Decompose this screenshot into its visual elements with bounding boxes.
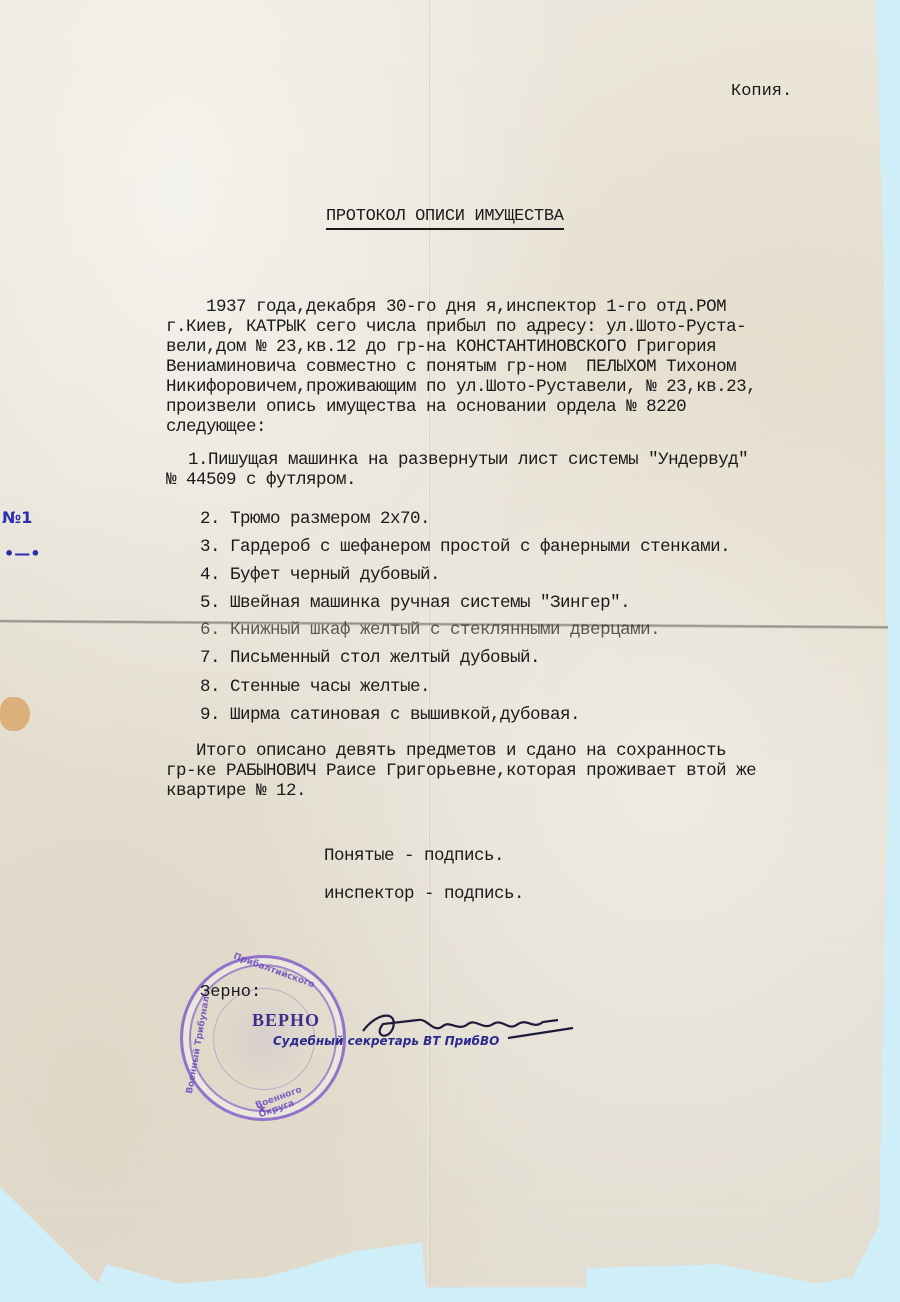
intro-line: произвели опись имущества на основании о…	[166, 397, 686, 417]
vertical-fold-crease	[428, 0, 430, 1290]
intro-line: Вениаминовича совместно с понятым гр-ном…	[166, 357, 736, 377]
handwritten-signature-icon	[358, 1006, 578, 1046]
star-icon: ★	[257, 1102, 267, 1115]
margin-ink-mark: №1	[2, 508, 32, 527]
document-page	[0, 0, 888, 1290]
paper-stain	[0, 697, 30, 731]
item-text: Гардероб с шефанером простой с фанерными…	[230, 537, 730, 557]
intro-line: Никифоровичем,проживающим по ул.Шото-Рус…	[166, 377, 756, 397]
intro-line: следующее:	[166, 417, 266, 437]
item-text: Швейная машинка ручная системы "Зингер".	[230, 593, 630, 613]
summary-line: Итого описано девять предметов и сдано н…	[166, 741, 726, 761]
witnesses-signature-line: Понятые - подпись.	[324, 846, 504, 866]
summary-line: гр-ке РАБЫНОВИЧ Раисе Григорьевне,котора…	[166, 761, 756, 781]
verno-stamp-word: ВЕРНО	[252, 1010, 320, 1031]
certified-label: Зерно:	[200, 983, 261, 1002]
item-text: Пишущая машинка на развернутыи лист сист…	[208, 450, 748, 470]
item-number: 3.	[200, 537, 220, 557]
item-text: Трюмо размером 2х70.	[230, 509, 430, 529]
item-text: Буфет черный дубовый.	[230, 565, 440, 585]
item-number: 2.	[200, 509, 220, 529]
item-number: 8.	[200, 677, 220, 697]
item-text: Стенные часы желтые.	[230, 677, 430, 697]
item-text: № 44509 с футляром.	[166, 470, 356, 490]
item-number: 9.	[200, 705, 220, 725]
item-number: 7.	[200, 648, 220, 668]
document-title: ПРОТОКОЛ ОПИСИ ИМУЩЕСТВА	[326, 207, 564, 230]
item-text: Книжный шкаф желтый с стеклянными дверца…	[230, 620, 660, 640]
stamp-ring-left: Военный Трибунал	[185, 995, 212, 1094]
item-text: Письменный стол желтый дубовый.	[230, 648, 540, 668]
item-number: 1.	[188, 450, 208, 470]
summary-line: квартире № 12.	[166, 781, 306, 801]
intro-line: 1937 года,декабря 30-го дня я,инспектор …	[166, 297, 726, 317]
item-number: 4.	[200, 565, 220, 585]
intro-line: г.Киев, КАТРЫК сего числа прибыл по адре…	[166, 317, 746, 337]
item-text: Ширма сатиновая с вышивкой,дубовая.	[230, 705, 580, 725]
intro-line: вели,дом № 23,кв.12 до гр-на КОНСТАНТИНО…	[166, 337, 716, 357]
item-number: 5.	[200, 593, 220, 613]
copy-mark: Копия.	[731, 82, 792, 101]
margin-ink-dot: •—•	[4, 544, 40, 563]
item-number: 6.	[200, 620, 220, 640]
inspector-signature-line: инспектор - подпись.	[324, 884, 524, 904]
